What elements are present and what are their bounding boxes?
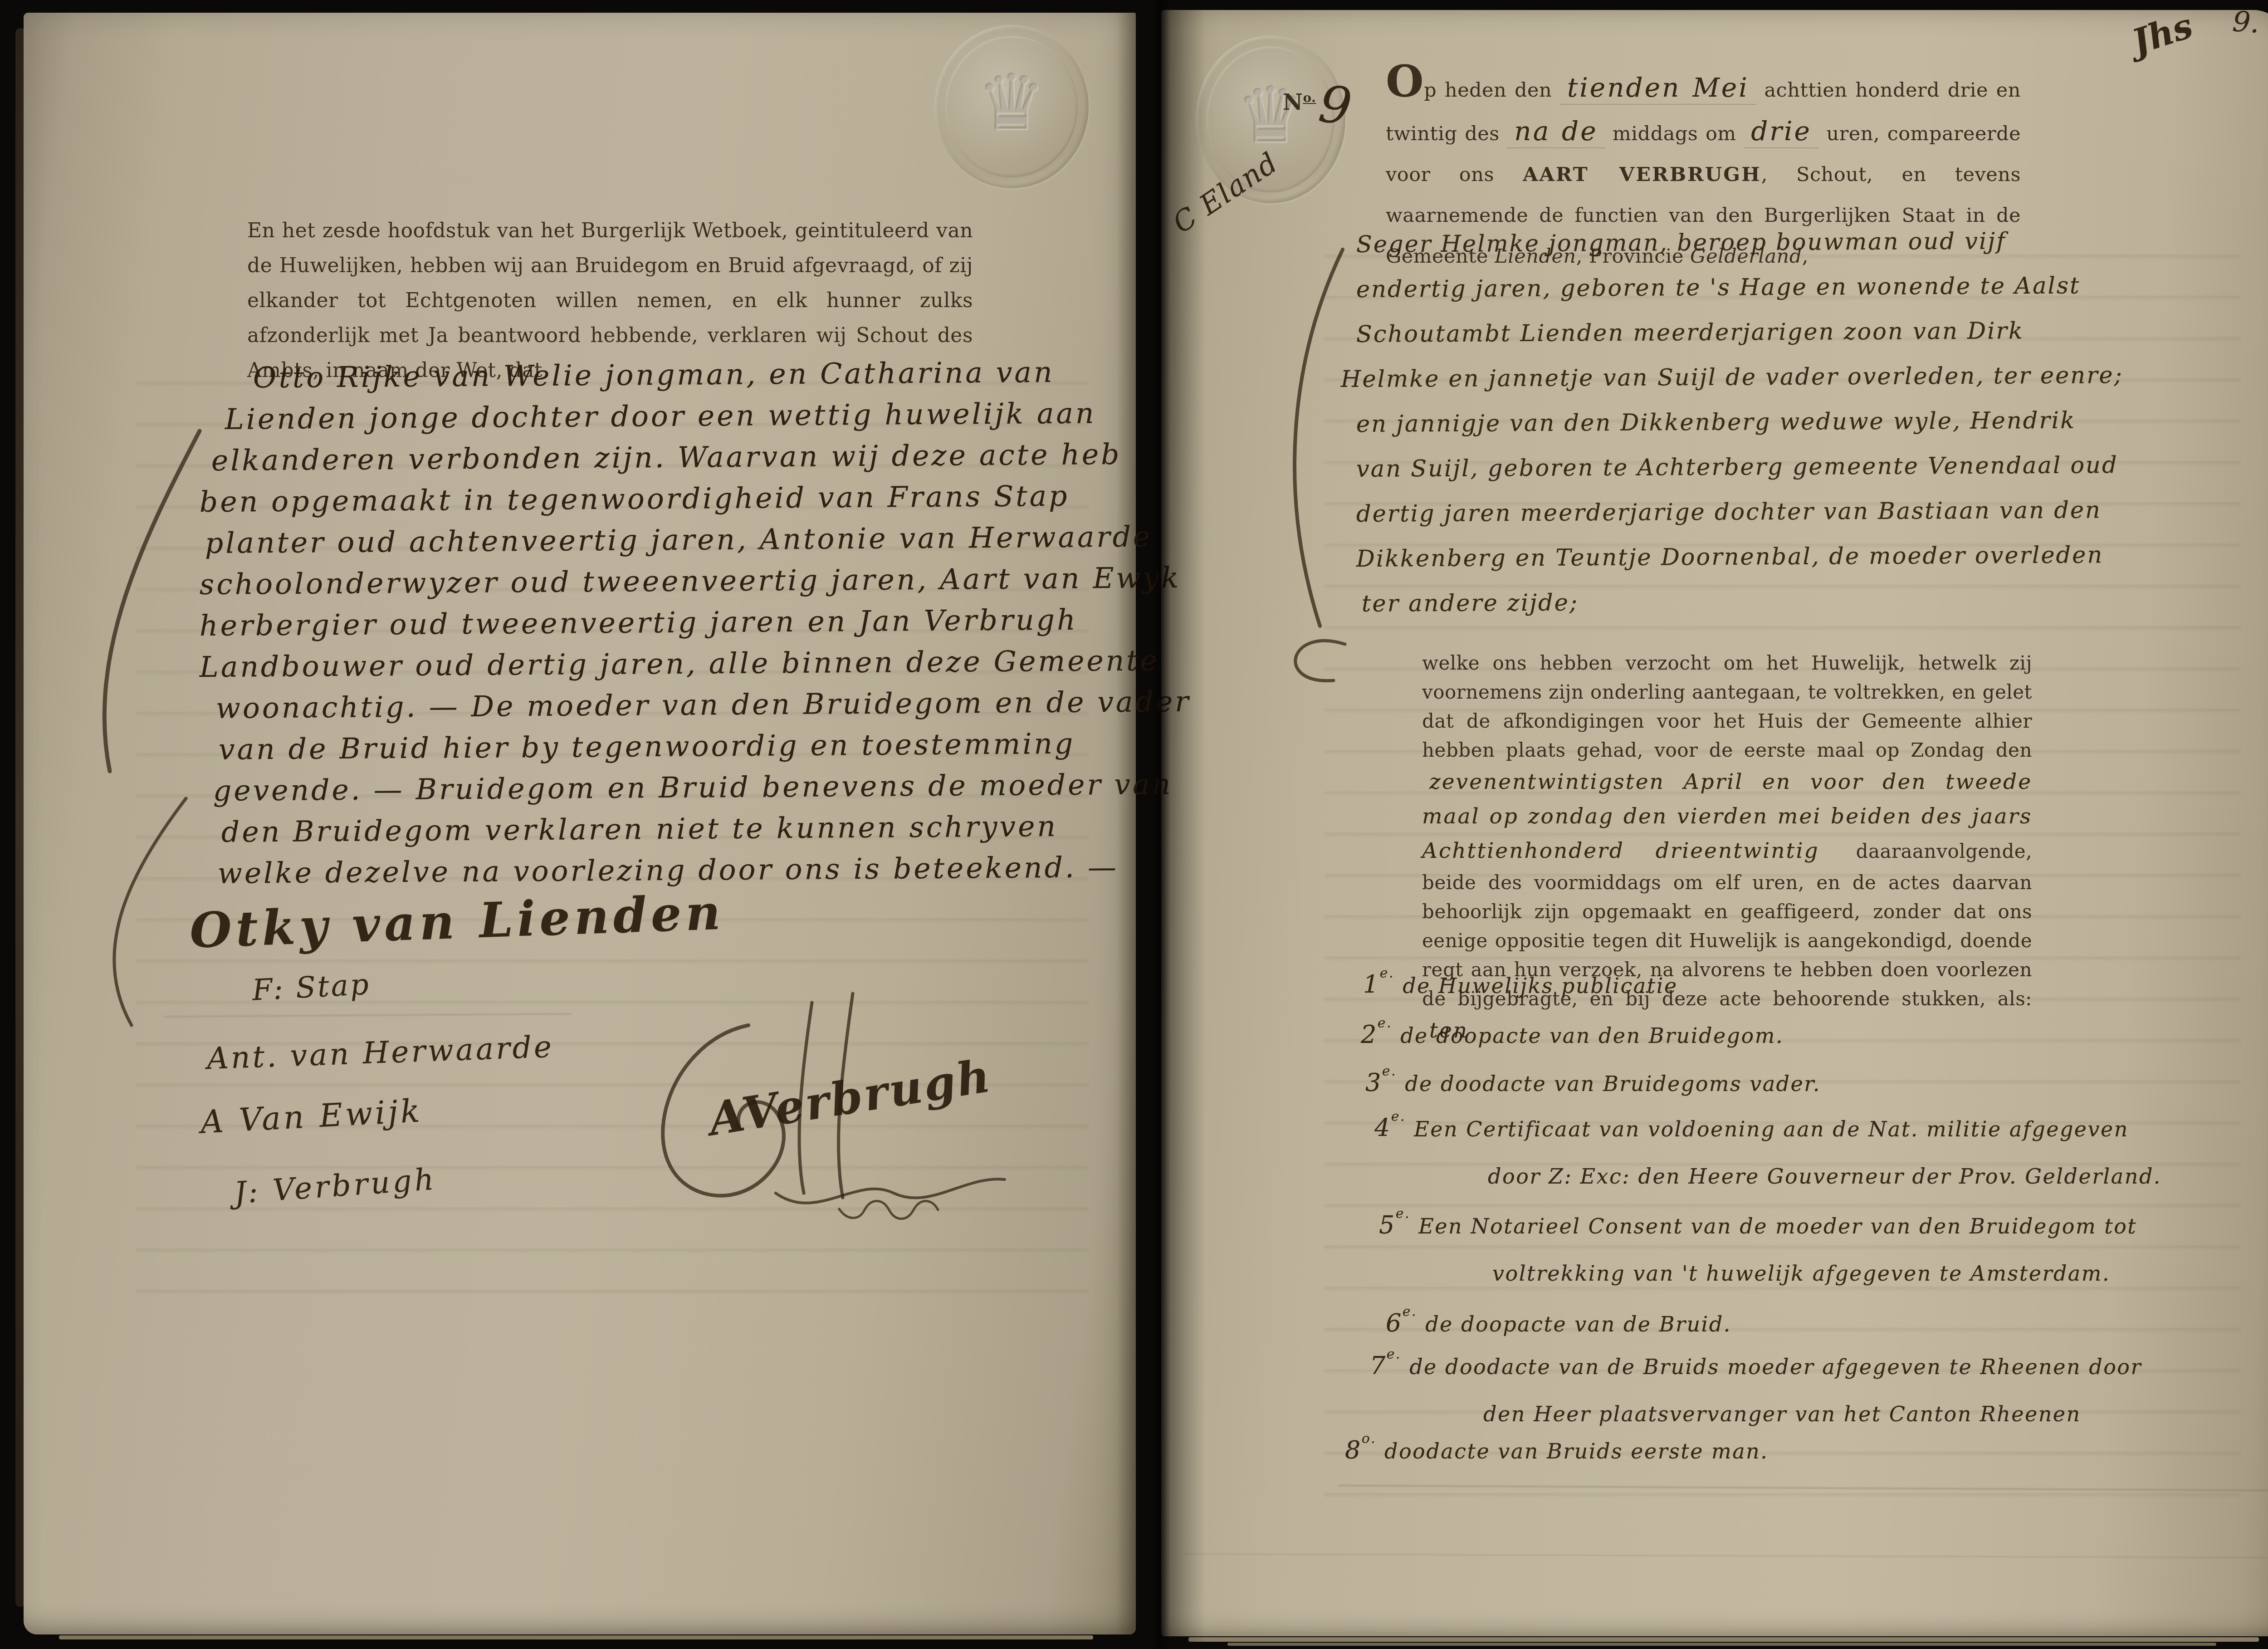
hand-line: planter oud achtenveertig jaren, Antonie… — [200, 520, 1125, 568]
official-signature: AVerbrugh — [558, 975, 1093, 1257]
hand-line: Landbouwer oud dertig jaren, alle binnen… — [200, 644, 1125, 692]
fill-in-date: tienden Mei — [1560, 72, 1756, 105]
hand-line: Seger Helmke jongman, beroep bouwman oud… — [1338, 227, 2227, 276]
hand-line: van Suijl, geboren te Achterberg gemeent… — [1338, 451, 2227, 501]
hand-line: Schoutambt Lienden meerderjarigen zoon v… — [1338, 317, 2227, 366]
hand-line: herbergier oud tweeenveertig jaren en Ja… — [200, 603, 1125, 651]
hand-line: van de Bruid hier by tegenwoordig en toe… — [200, 727, 1125, 774]
document-list-item: 5e.Een Notarieel Consent van de moeder v… — [1379, 1199, 2182, 1297]
document-list-item: 7e.de doodacte van de Bruids moeder afge… — [1370, 1339, 2173, 1438]
hand-line: den Bruidegom verklaren niet te kunnen s… — [200, 809, 1125, 857]
hand-line: schoolonderwyzer oud tweeenveertig jaren… — [200, 562, 1125, 609]
hand-line: gevende. — Bruidegom en Bruid benevens d… — [200, 768, 1125, 816]
document-list-item: 4e.Een Certificaat van voldoening aan de… — [1374, 1101, 2177, 1200]
stacked-sheet-edge — [1227, 1643, 2216, 1646]
page-number: 9. — [2232, 5, 2261, 39]
hand-line: elkanderen verbonden zijn. Waarvan wij d… — [200, 438, 1125, 485]
official-signature-flourish — [558, 975, 1093, 1257]
hand-line: woonachtig. — De moeder van den Bruidego… — [200, 685, 1125, 733]
hand-line: Helmke en jannetje van Suijl de vader ov… — [1338, 362, 2227, 411]
document-list-item: 8o.doodacte van Bruids eerste man. — [1345, 1424, 2148, 1475]
hand-line: Otto Rijke van Welie jongman, en Cathari… — [200, 355, 1125, 403]
hand-line: ter andere zijde; — [1338, 586, 2227, 636]
handwritten-body-right: Seger Helmke jongman, beroep bouwman oud… — [1338, 229, 2227, 633]
fill-in-daypart: na de — [1507, 116, 1605, 148]
embossed-seal-icon: ♛ — [934, 25, 1089, 188]
hand-line: dertig jaren meerderjarige dochter van B… — [1338, 496, 2227, 546]
document-list-item: 2e.de doopacte van den Bruidegom. — [1361, 1008, 2164, 1059]
stacked-sheet-edge — [1188, 1637, 2259, 1642]
hand-line: Lienden jonge dochter door een wettig hu… — [200, 396, 1125, 444]
crown-icon: ♛ — [934, 58, 1089, 148]
hand-line: en jannigje van den Dikkenberg weduwe wy… — [1338, 406, 2227, 456]
hand-line: ben opgemaakt in tegenwoordigheid van Fr… — [200, 479, 1125, 527]
handwritten-body-left: Otto Rijke van Welie jongman, en Cathari… — [200, 358, 1125, 895]
fill-in-hour: drie — [1744, 116, 1819, 148]
stacked-sheet-edge — [59, 1635, 1093, 1639]
document-list-item: 1e.de Huwelijks publicatie — [1363, 958, 2166, 1009]
hand-line: endertig jaren, geboren te 's Hage en wo… — [1338, 272, 2227, 321]
signature-witness-stap: F: Stap — [251, 968, 371, 1008]
official-name: AART VERBRUGH — [1523, 163, 1761, 186]
registry-photo: ♛ ♛ En het zesde hoofdstuk van het Burge… — [0, 0, 2268, 1649]
hand-line: Dikkenberg en Teuntje Doornenbal, de moe… — [1338, 541, 2227, 591]
act-number: No. — [1283, 90, 1316, 115]
document-list-item: 3e.de doodacte van Bruidegoms vader. — [1365, 1056, 2168, 1107]
